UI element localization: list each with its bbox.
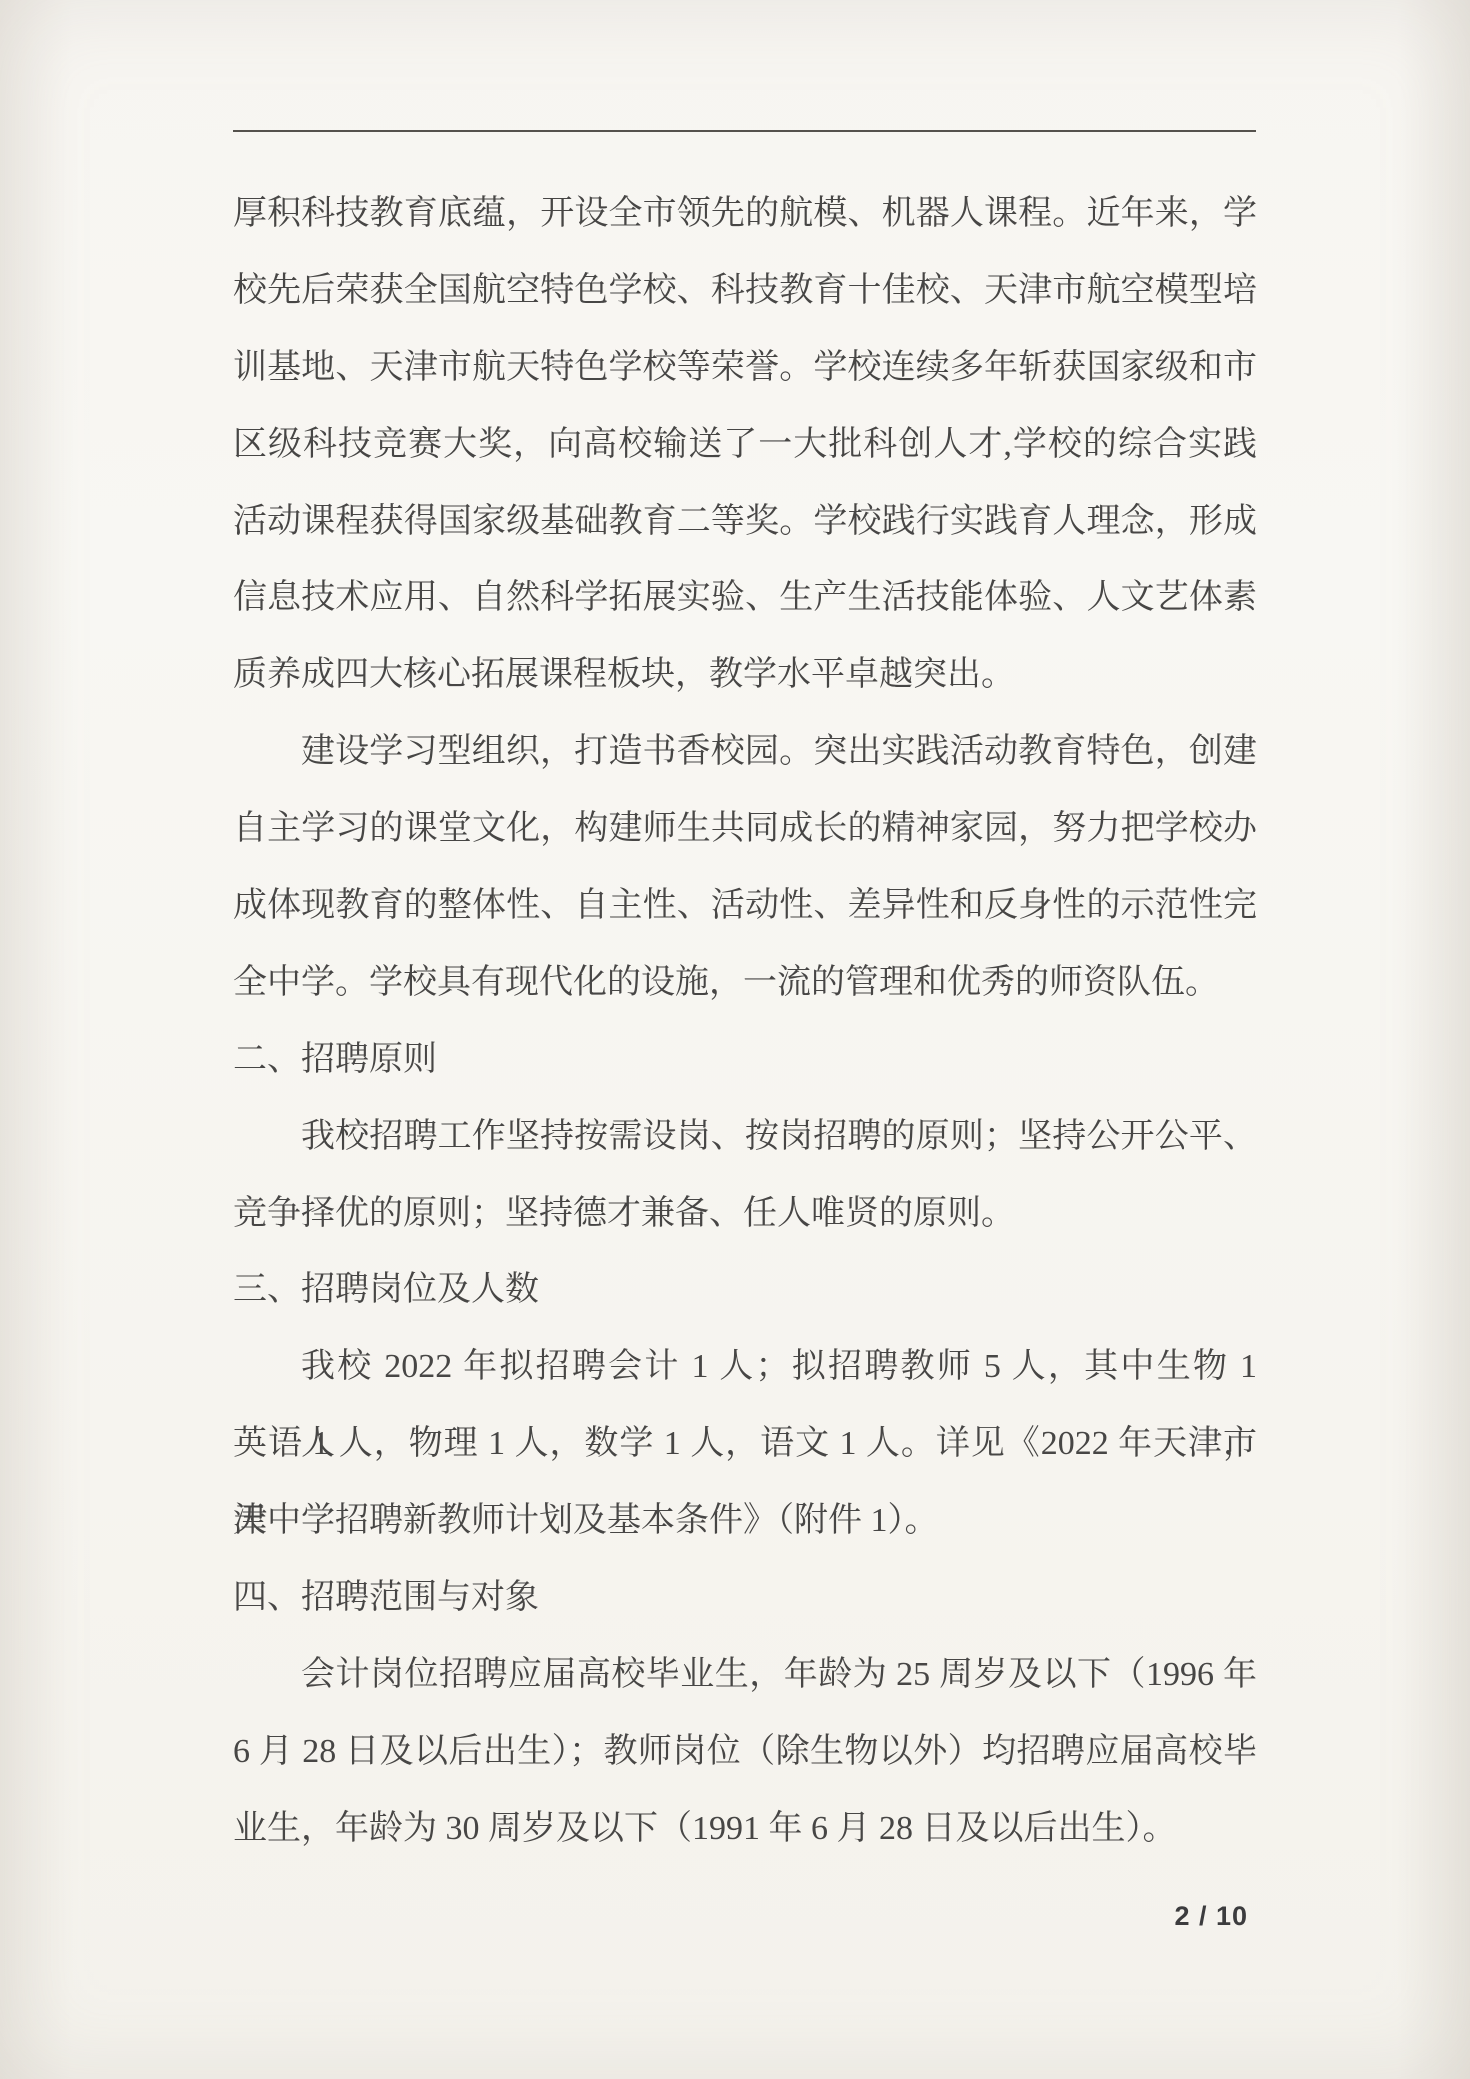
section-heading: 二、招聘原则 (233, 1022, 1257, 1099)
text-line: 成体现教育的整体性、自主性、活动性、差异性和反身性的示范性完 (233, 868, 1257, 945)
text-line: 会计岗位招聘应届高校毕业生，年龄为 25 周岁及以下（1996 年 (233, 1637, 1257, 1714)
section-heading: 四、招聘范围与对象 (233, 1560, 1257, 1637)
text-line: 全中学。学校具有现代化的设施，一流的管理和优秀的师资队伍。 (233, 945, 1257, 1022)
text-line: 质养成四大核心拓展课程板块，教学水平卓越突出。 (233, 637, 1257, 714)
text-line: 自主学习的课堂文化，构建师生共同成长的精神家园，努力把学校办 (233, 791, 1257, 868)
document-body: 厚积科技教育底蕴，开设全市领先的航模、机器人课程。近年来，学校先后荣获全国航空特… (233, 176, 1257, 1868)
text-line: 竞争择优的原则；坚持德才兼备、任人唯贤的原则。 (233, 1176, 1257, 1253)
text-line: 我校 2022 年拟招聘会计 1 人；拟招聘教师 5 人，其中生物 1 人， (233, 1329, 1257, 1406)
text-line: 校先后荣获全国航空特色学校、科技教育十佳校、天津市航空模型培 (233, 253, 1257, 330)
text-line: 训基地、天津市航天特色学校等荣誉。学校连续多年斩获国家级和市 (233, 330, 1257, 407)
text-line: 英语 1 人，物理 1 人，数学 1 人，语文 1 人。详见《2022 年天津市… (233, 1406, 1257, 1483)
page-number: 2 / 10 (1174, 1901, 1248, 1932)
section-heading: 三、招聘岗位及人数 (233, 1252, 1257, 1329)
text-line: 津中学招聘新教师计划及基本条件》（附件 1）。 (233, 1483, 1257, 1560)
text-line: 业生，年龄为 30 周岁及以下（1991 年 6 月 28 日及以后出生）。 (233, 1791, 1257, 1868)
text-line: 我校招聘工作坚持按需设岗、按岗招聘的原则；坚持公开公平、 (233, 1099, 1257, 1176)
scanned-page: 厚积科技教育底蕴，开设全市领先的航模、机器人课程。近年来，学校先后荣获全国航空特… (0, 0, 1470, 2079)
text-line: 厚积科技教育底蕴，开设全市领先的航模、机器人课程。近年来，学 (233, 176, 1257, 253)
text-line: 区级科技竞赛大奖，向高校输送了一大批科创人才,学校的综合实践 (233, 407, 1257, 484)
header-rule (233, 130, 1256, 132)
text-line: 6 月 28 日及以后出生）；教师岗位（除生物以外）均招聘应届高校毕 (233, 1714, 1257, 1791)
text-line: 信息技术应用、自然科学拓展实验、生产生活技能体验、人文艺体素 (233, 560, 1257, 637)
text-line: 活动课程获得国家级基础教育二等奖。学校践行实践育人理念，形成 (233, 484, 1257, 561)
text-line: 建设学习型组织，打造书香校园。突出实践活动教育特色，创建 (233, 714, 1257, 791)
